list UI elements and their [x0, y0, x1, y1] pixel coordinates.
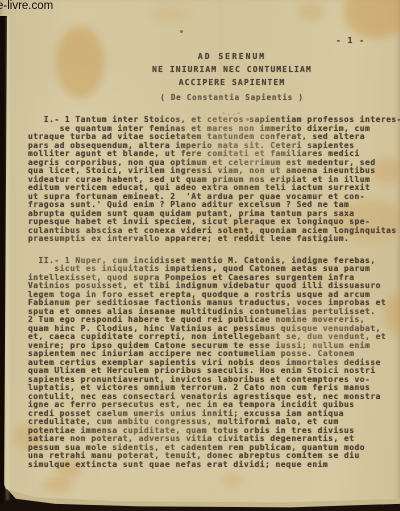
paper-edge-highlight: [6, 16, 9, 500]
stain: [222, 474, 244, 486]
watermark-text: e-livre.com: [0, 0, 53, 12]
title-line-1: NE INIURIAM NEC CONTUMELIAM: [82, 65, 382, 74]
stain: [344, 0, 400, 38]
speck: [180, 30, 183, 33]
paper-sheet: - 1 - AD SERENUM NE INIURIAM NEC CONTUME…: [0, 0, 400, 511]
title-line-2: ACCIPERE SAPIENTEM: [82, 78, 382, 87]
paragraph-2: II.- 1 Nuper, cum incidisset mentio M. C…: [28, 257, 400, 470]
paragraph-1: I.- 1 Tantum inter Stoicos, et ceteros s…: [28, 116, 400, 244]
title-block: AD SERENUM NE INIURIAM NEC CONTUMELIAM A…: [82, 52, 382, 117]
scanned-page-photo: - 1 - AD SERENUM NE INIURIAM NEC CONTUME…: [0, 0, 400, 511]
document-body: I.- 1 Tantum inter Stoicos, et ceteros s…: [28, 116, 400, 469]
stain: [150, 6, 190, 22]
page-number: - 1 -: [336, 36, 365, 45]
stain: [298, 2, 324, 20]
stain: [44, 478, 72, 492]
dedication-line: AD SERENUM: [82, 52, 382, 61]
subtitle: ( De Constantia Sapientis ): [82, 93, 382, 102]
